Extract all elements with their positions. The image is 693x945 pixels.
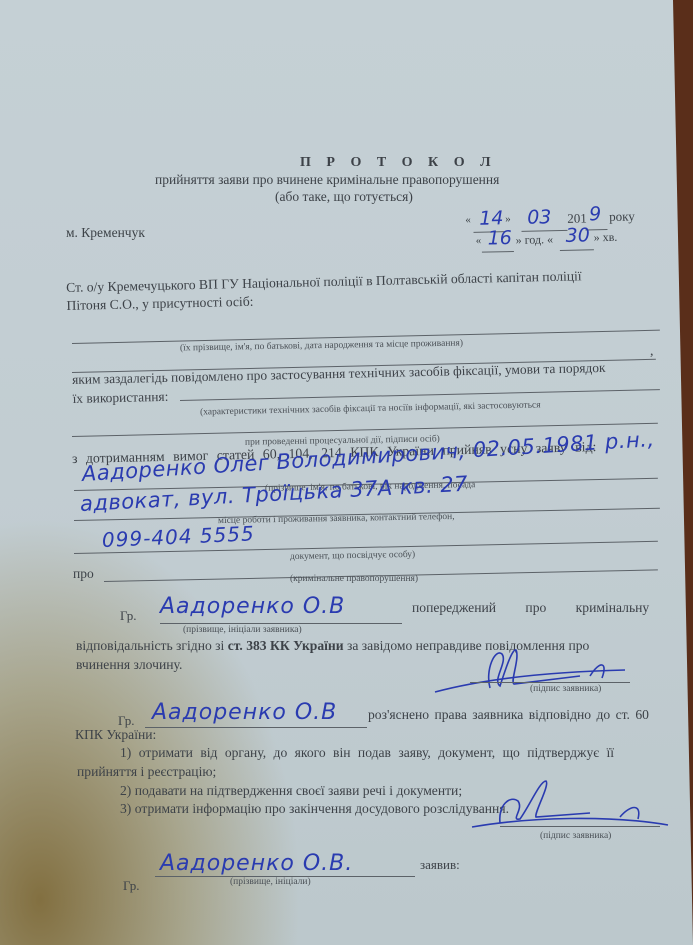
caption-offense: (кримінальне правопорушення) bbox=[290, 574, 418, 584]
officer-line-2: Пітоня С.О., у присутності осіб: bbox=[66, 294, 253, 314]
time-minute[interactable]: 30 bbox=[565, 224, 590, 247]
caption-document: документ, що посвідчує особу) bbox=[290, 550, 415, 562]
date-year-digit[interactable]: 9 bbox=[589, 203, 602, 225]
rights-item-2: 2) подавати на підтвердження своєї заяви… bbox=[120, 783, 462, 799]
warning-line-3: вчинення злочину. bbox=[76, 657, 182, 673]
statement-stated-text: заявив: bbox=[420, 857, 460, 873]
hour-open-quote: « bbox=[476, 235, 482, 247]
statement-name-handwritten[interactable]: Аадоренко О.В. bbox=[160, 851, 353, 876]
statement-gr-label: Гр. bbox=[123, 878, 139, 894]
notified-line-2: їх використання: bbox=[72, 389, 168, 407]
rights-name-handwritten[interactable]: Аадоренко О.В bbox=[152, 700, 337, 725]
time-hour[interactable]: 16 bbox=[487, 227, 512, 250]
about-label: про bbox=[73, 566, 94, 582]
document-subtitle: прийняття заяви про вчинене кримінальне … bbox=[155, 172, 499, 188]
date-year-label: року bbox=[609, 208, 635, 225]
city: м. Кременчук bbox=[66, 225, 145, 241]
officer-line-1: Ст. о/у Кремечуцького ВП ГУ Національної… bbox=[66, 268, 582, 296]
caption-statement-name: (прізвище, ініціали) bbox=[230, 877, 311, 887]
document-title: П Р О Т О К О Л bbox=[300, 155, 497, 171]
caption-signature-2: (підпис заявника) bbox=[540, 831, 611, 841]
rights-item-1: 1) отримати від органу, до якого він под… bbox=[120, 745, 614, 761]
hour-label: » год. « bbox=[516, 232, 554, 248]
rights-item-1-cont: прийняття і реєстрацію; bbox=[77, 764, 216, 780]
rights-item-3: 3) отримати інформацію про закінчення до… bbox=[120, 801, 509, 817]
date-open-quote: « bbox=[465, 214, 471, 226]
document-subtitle-2: (або таке, що готується) bbox=[275, 189, 413, 205]
article-383-reference: ст. 383 КК України bbox=[228, 638, 344, 653]
caption-tech: (характеристики технічних засобів фіксац… bbox=[200, 400, 541, 417]
warning-text: попереджений про кримінальну bbox=[412, 600, 649, 616]
caption-warning-name: (прізвище, ініціали заявника) bbox=[183, 625, 302, 635]
persons-comma: , bbox=[650, 344, 654, 360]
date-close-quote: » bbox=[505, 213, 511, 225]
warning-name-handwritten[interactable]: Аадоренко О.В bbox=[160, 594, 345, 619]
notified-line-1: яким заздалегідь повідомлено про застосу… bbox=[72, 360, 606, 388]
rights-explained-text: роз'яснено права заявника відповідно до … bbox=[368, 707, 649, 723]
protocol-paper: П Р О Т О К О Л прийняття заяви про вчин… bbox=[0, 0, 693, 945]
applicant-phone-handwritten[interactable]: 099-404 5555 bbox=[101, 521, 255, 552]
warning-gr-label: Гр. bbox=[120, 608, 136, 624]
warning-line-2-pre: відповідальність згідно зі bbox=[76, 638, 228, 653]
date-month[interactable]: 03 bbox=[527, 206, 552, 229]
minute-label: » хв. bbox=[593, 230, 617, 245]
rights-line-2: КПК України: bbox=[75, 727, 156, 743]
caption-signature-1: (підпис заявника) bbox=[530, 684, 601, 694]
caption-persons: (їх прізвище, ім'я, по батькові, дата на… bbox=[180, 339, 463, 354]
